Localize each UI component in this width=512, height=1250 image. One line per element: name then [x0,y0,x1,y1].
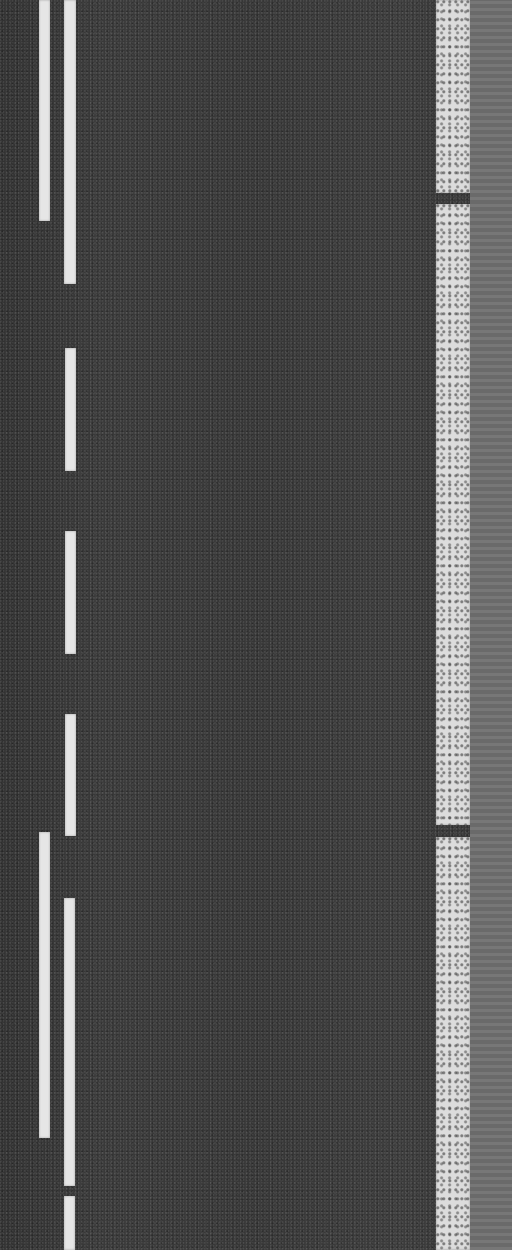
center-dash [65,348,76,471]
center-dash [64,898,75,1186]
center-dash [64,1196,75,1250]
center-dash [64,0,76,284]
right-edge-line [436,204,470,825]
road-scene [0,0,512,1250]
left-lane-line [39,0,50,221]
left-lane-line [39,832,50,1138]
right-edge-line [436,0,470,193]
center-dash [65,714,76,836]
center-dash [65,531,76,654]
road-shoulder [470,0,512,1250]
right-edge-line [436,837,470,1250]
